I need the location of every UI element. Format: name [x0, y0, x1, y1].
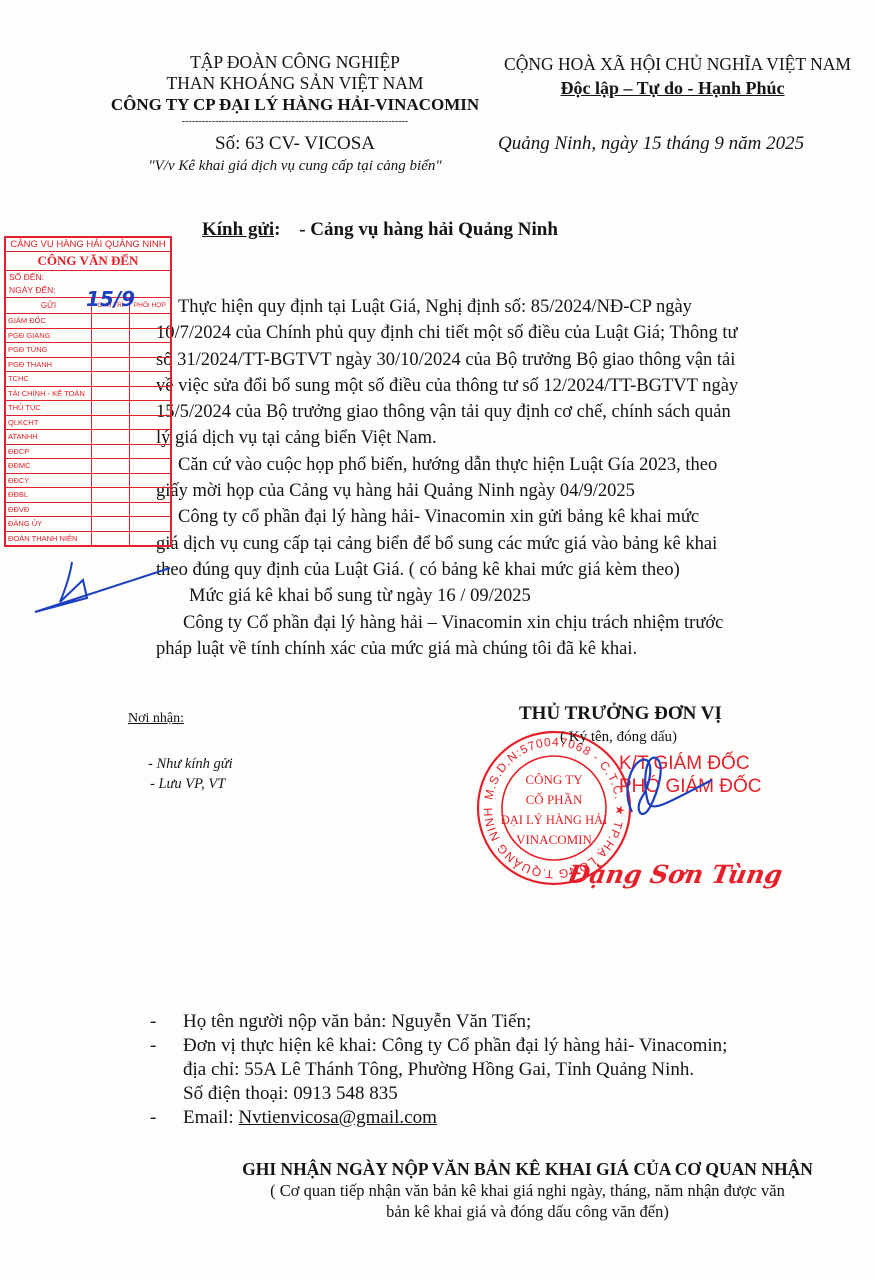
- national-header: CỘNG HOÀ XÃ HỘI CHỦ NGHĨA VIỆT NAM Độc l…: [480, 52, 875, 100]
- signature-note: ( Ký tên, đóng dấu): [560, 729, 677, 746]
- stamp-row: ĐĐBL: [6, 488, 170, 503]
- distribution-label: Nơi nhận:: [128, 711, 184, 727]
- stamp-coop-cell: [130, 328, 171, 343]
- issuer-company: CÔNG TY CP ĐẠI LÝ HÀNG HẢI-VINACOMIN: [100, 94, 490, 115]
- submitter-address: địa chỉ: 55A Lê Thánh Tông, Phường Hồng …: [183, 1058, 694, 1082]
- recipient-value: - Cảng vụ hàng hải Quảng Ninh: [299, 219, 558, 240]
- document-body: Thực hiện quy định tại Luật Giá, Nghị đị…: [174, 294, 798, 662]
- stamp-row: GIÁM ĐỐC: [6, 314, 170, 329]
- issuer-header: TẬP ĐOÀN CÔNG NGHIỆP THAN KHOÁNG SẢN VIỆ…: [100, 52, 490, 177]
- stamp-coop-cell: [130, 415, 171, 430]
- acknowledgement-note: ( Cơ quan tiếp nhận văn bản kê khai giá …: [180, 1180, 875, 1201]
- distribution-list: - Như kính gửi - Lưu VP, VT: [148, 754, 233, 794]
- stamp-col-coop: PHỐI HỢP: [130, 298, 171, 314]
- seal-line-1: CÔNG TY: [525, 772, 583, 787]
- place-date: Quảng Ninh, ngày 15 tháng 9 năm 2025: [498, 133, 804, 155]
- handwritten-signature-icon: [612, 752, 722, 827]
- stamp-so-den: SỐ ĐẾN:: [6, 271, 170, 284]
- stamp-lead-cell: [92, 372, 130, 387]
- stamp-row-label: ĐOÀN THANH NIÊN: [6, 531, 92, 545]
- stamp-row: QLKCHT: [6, 415, 170, 430]
- stamp-coop-cell: [130, 386, 171, 401]
- handwritten-initial-icon: [25, 560, 175, 620]
- body-line: 15/5/2024 của Bộ trưởng giao thông vận t…: [156, 399, 798, 425]
- stamp-coop-cell: [130, 372, 171, 387]
- body-line: pháp luật về tính chính xác của mức giá …: [156, 636, 798, 662]
- stamp-row-label: ĐĐCY: [6, 473, 92, 488]
- body-line: giấy mời họp của Cảng vụ hàng hải Quảng …: [156, 478, 798, 504]
- nation-title: CỘNG HOÀ XÃ HỘI CHỦ NGHĨA VIỆT NAM: [480, 52, 875, 76]
- bullet: -: [150, 1106, 183, 1130]
- body-line: giá dịch vụ cung cấp tại cảng biển để bổ…: [156, 531, 798, 557]
- document-number: Số: 63 CV- VICOSA: [100, 133, 490, 154]
- body-line: Công ty Cổ phần đại lý hàng hải – Vinaco…: [174, 610, 798, 636]
- stamp-row-label: TCHC: [6, 372, 92, 387]
- stamp-coop-cell: [130, 444, 171, 459]
- stamp-row: PGĐ TÙNG: [6, 343, 170, 358]
- stamp-row-label: ĐĐBL: [6, 488, 92, 503]
- stamp-lead-cell: [92, 502, 130, 517]
- stamp-col-send: GỬI: [6, 298, 92, 314]
- stamp-row: ĐẢNG ỦY: [6, 517, 170, 532]
- issuer-group: TẬP ĐOÀN CÔNG NGHIỆP: [100, 52, 490, 73]
- stamp-row: ĐĐVĐ: [6, 502, 170, 517]
- seal-line-4: VINACOMIN: [516, 832, 592, 847]
- stamp-coop-cell: [130, 502, 171, 517]
- stamp-row: THỦ TỤC: [6, 401, 170, 416]
- stamp-lead-cell: [92, 473, 130, 488]
- body-line: lý giá dịch vụ tại cảng biển Việt Nam.: [156, 425, 798, 451]
- stamp-row-label: ĐĐVĐ: [6, 502, 92, 517]
- bullet: -: [150, 1034, 183, 1058]
- bullet: -: [150, 1010, 183, 1034]
- stamp-coop-cell: [130, 488, 171, 503]
- acknowledgement-block: GHI NHẬN NGÀY NỘP VĂN BẢN KÊ KHAI GIÁ CỦ…: [180, 1159, 875, 1222]
- body-line: về việc sửa đổi bổ sung một số điều của …: [156, 373, 798, 399]
- stamp-ngay-den-label: NGÀY ĐẾN:: [9, 285, 56, 295]
- issuer-group-2: THAN KHOÁNG SẢN VIỆT NAM: [100, 73, 490, 94]
- stamp-lead-cell: [92, 531, 130, 545]
- stamp-lead-cell: [92, 444, 130, 459]
- stamp-org: CẢNG VỤ HÀNG HẢI QUẢNG NINH: [6, 238, 170, 252]
- stamp-lead-cell: [92, 357, 130, 372]
- stamp-row-label: ATANHH: [6, 430, 92, 445]
- acknowledgement-title: GHI NHẬN NGÀY NỘP VĂN BẢN KÊ KHAI GIÁ CỦ…: [180, 1159, 875, 1180]
- stamp-lead-cell: [92, 430, 130, 445]
- recipient-colon: :: [274, 219, 280, 240]
- body-line: Căn cứ vào cuộc họp phổ biến, hướng dẫn …: [174, 452, 798, 478]
- stamp-coop-cell: [130, 401, 171, 416]
- submitter-unit: Đơn vị thực hiện kê khai: Công ty Cổ phầ…: [183, 1034, 727, 1058]
- stamp-row: PGĐ THANH: [6, 357, 170, 372]
- distribution-item: - Như kính gửi: [148, 754, 233, 774]
- submitter-phone: Số điện thoại: 0913 548 835: [183, 1082, 398, 1106]
- stamp-coop-cell: [130, 430, 171, 445]
- document-subject: "V/v Kê khai giá dịch vụ cung cấp tại cả…: [100, 156, 490, 177]
- stamp-row: ĐĐCY: [6, 473, 170, 488]
- stamp-row-label: ĐĐMC: [6, 459, 92, 474]
- seal-line-2: CỔ PHẦN: [526, 792, 583, 807]
- stamp-lead-cell: [92, 314, 130, 329]
- stamp-lead-cell: [92, 415, 130, 430]
- stamp-coop-cell: [130, 531, 171, 545]
- distribution-label-text: Nơi nhận: [128, 711, 180, 726]
- stamp-row-label: TÀI CHÍNH - KẾ TOÁN: [6, 386, 92, 401]
- stamp-lead-cell: [92, 328, 130, 343]
- recipient-line: Kính gửi: - Cảng vụ hàng hải Quảng Ninh: [202, 219, 558, 241]
- stamp-routing-table: GỬI CHỦ TRÌ PHỐI HỢP GIÁM ĐỐCPGĐ GIANGPG…: [6, 297, 170, 545]
- body-line: 10/7/2024 của Chính phủ quy định chi tiế…: [156, 320, 798, 346]
- stamp-row-label: THỦ TỤC: [6, 401, 92, 416]
- stamp-row-label: GIÁM ĐỐC: [6, 314, 92, 329]
- body-line: theo đúng quy định của Luật Giá. ( có bả…: [156, 557, 798, 583]
- stamp-row-label: ĐẢNG ỦY: [6, 517, 92, 532]
- acknowledgement-note-2: bản kê khai giá và đóng dấu công văn đến…: [180, 1201, 875, 1222]
- stamp-row: ĐOÀN THANH NIÊN: [6, 531, 170, 545]
- stamp-row: ĐĐCP: [6, 444, 170, 459]
- body-line: Công ty cổ phần đại lý hàng hải- Vinacom…: [174, 504, 798, 530]
- stamp-coop-cell: [130, 459, 171, 474]
- incoming-document-stamp: CẢNG VỤ HÀNG HẢI QUẢNG NINH CÔNG VĂN ĐẾN…: [4, 236, 172, 547]
- stamp-row-label: ĐĐCP: [6, 444, 92, 459]
- header-divider: ----------------------------------------…: [160, 117, 430, 127]
- body-line: Thực hiện quy định tại Luật Giá, Nghị đị…: [174, 294, 798, 320]
- email-label: Email:: [183, 1107, 238, 1128]
- stamp-row-label: PGĐ TÙNG: [6, 343, 92, 358]
- stamp-row-label: PGĐ GIANG: [6, 328, 92, 343]
- recipient-label: Kính gửi: [202, 219, 274, 240]
- stamp-coop-cell: [130, 517, 171, 532]
- stamp-lead-cell: [92, 459, 130, 474]
- submitter-info: -Họ tên người nộp văn bản: Nguyễn Văn Ti…: [150, 1010, 850, 1130]
- signature-title: THỦ TRƯỞNG ĐƠN VỊ: [519, 703, 722, 725]
- handwritten-arrival-date: 15/9: [86, 287, 135, 311]
- stamp-lead-cell: [92, 386, 130, 401]
- national-motto: Độc lập – Tự do - Hạnh Phúc: [470, 76, 875, 100]
- stamp-row: ATANHH: [6, 430, 170, 445]
- body-line: số 31/2024/TT-BGTVT ngày 30/10/2024 của …: [156, 347, 798, 373]
- stamp-coop-cell: [130, 473, 171, 488]
- body-line: Mức giá kê khai bổ sung từ ngày 16 / 09/…: [174, 583, 798, 609]
- stamp-lead-cell: [92, 401, 130, 416]
- email-link[interactable]: Nvtienvicosa@gmail.com: [238, 1107, 436, 1128]
- stamp-lead-cell: [92, 343, 130, 358]
- stamp-coop-cell: [130, 343, 171, 358]
- stamp-row: TÀI CHÍNH - KẾ TOÁN: [6, 386, 170, 401]
- submitter-name: Họ tên người nộp văn bản: Nguyễn Văn Tiế…: [183, 1010, 531, 1034]
- stamp-coop-cell: [130, 357, 171, 372]
- stamp-row: TCHC: [6, 372, 170, 387]
- stamp-row: PGĐ GIANG: [6, 328, 170, 343]
- stamp-title: CÔNG VĂN ĐẾN: [6, 252, 170, 271]
- stamp-row-label: QLKCHT: [6, 415, 92, 430]
- stamp-lead-cell: [92, 517, 130, 532]
- stamp-lead-cell: [92, 488, 130, 503]
- seal-line-3: ĐẠI LÝ HÀNG HẢI: [501, 813, 608, 827]
- distribution-item: - Lưu VP, VT: [148, 774, 233, 794]
- distribution-colon: :: [180, 711, 184, 726]
- signer-name: Đặng Sơn Tùng: [565, 860, 784, 889]
- stamp-row: ĐĐMC: [6, 459, 170, 474]
- stamp-coop-cell: [130, 314, 171, 329]
- stamp-row-label: PGĐ THANH: [6, 357, 92, 372]
